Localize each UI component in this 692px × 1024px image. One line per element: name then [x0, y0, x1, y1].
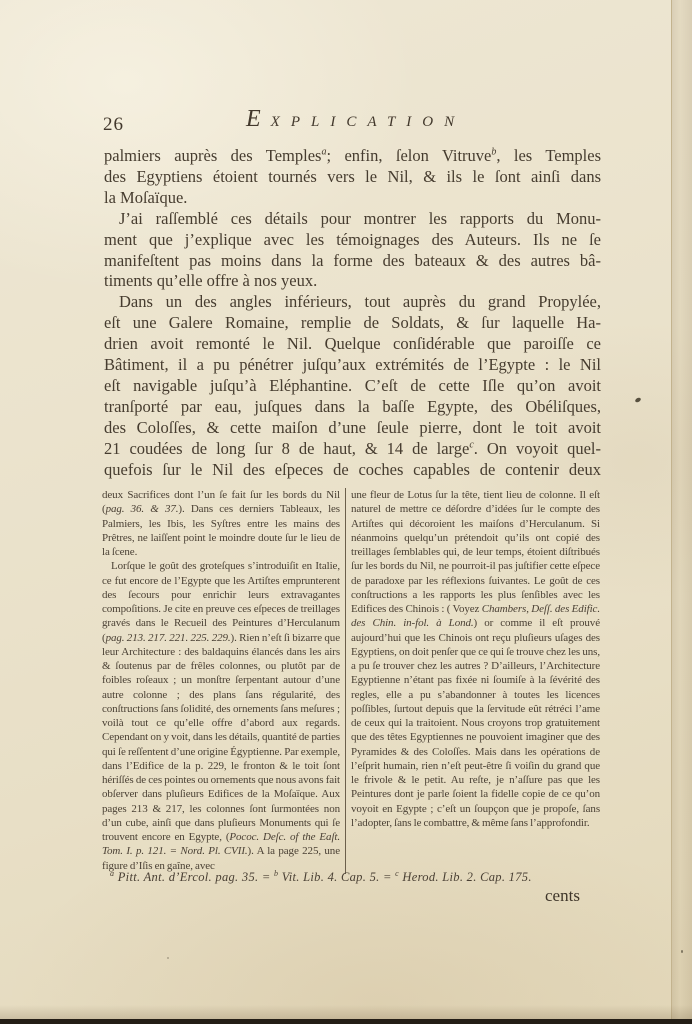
- main-text: palmiers auprès des Templesa; enfin, ſel…: [104, 146, 601, 481]
- main-text-line: tranſporté par eau, juſques dans la baſſ…: [104, 397, 601, 418]
- ink-speck: [634, 397, 641, 403]
- footnote-paragraph: Lorſque le goût des groteſques s’introdu…: [102, 559, 340, 873]
- main-text-line: Bâtiment, il a pu pénétrer juſqu’aux ext…: [104, 355, 601, 376]
- main-text-line: eſt une Galere Romaine, remplie de Solda…: [104, 313, 601, 334]
- page-number: 26: [103, 114, 124, 136]
- footnote-column-left: deux Sacrifices dont l’un ſe fait ſur le…: [102, 488, 345, 874]
- main-text-line: des Egyptiens étoient tournés vers le Ni…: [104, 167, 601, 188]
- main-text-line: drien avoit remonté le Nil. Quelque conſ…: [104, 334, 601, 355]
- scan-bottom-border: [0, 1019, 692, 1024]
- ink-speck: [167, 957, 169, 959]
- catchword: cents: [545, 886, 580, 906]
- main-text-line: quefois ſur le Nil des eſpeces de coches…: [104, 460, 601, 481]
- main-text-line: J’ai raſſemblé ces détails pour montrer …: [104, 209, 601, 230]
- main-text-line: 21 coudées de long ſur 8 de haut, & 14 d…: [104, 439, 601, 460]
- main-text-line: la Moſaïque.: [104, 188, 601, 209]
- ink-speck: [681, 950, 683, 953]
- book-page-scan: { "page": { "number": "26", "header_init…: [0, 0, 692, 1024]
- running-header-initial: E: [246, 106, 271, 132]
- main-text-line: manifeſtent pas moins dans la forme des …: [104, 251, 601, 272]
- page-right-edge: [671, 0, 692, 1024]
- footnotes: deux Sacrifices dont l’un ſe fait ſur le…: [102, 488, 600, 874]
- footnote-column-right: une fleur de Lotus ſur la tête, tient li…: [345, 488, 600, 874]
- main-text-line: palmiers auprès des Templesa; enfin, ſel…: [104, 146, 601, 167]
- running-header-rest: XPLICATION: [271, 114, 465, 130]
- footnote-paragraph: une fleur de Lotus ſur la tête, tient li…: [351, 488, 600, 830]
- main-text-line: ment que j’explique avec les témoignages…: [104, 230, 601, 251]
- main-text-line: timents qu’elle offre à nos yeux.: [104, 271, 601, 292]
- main-text-line: eſt navigable juſqu’à Eléphantine. C’eſt…: [104, 376, 601, 397]
- footnote-paragraph: deux Sacrifices dont l’un ſe fait ſur le…: [102, 488, 340, 559]
- page-bottom-shadow: [0, 1005, 692, 1019]
- main-text-line: des Coloſſes, & cette maiſon d’une ſeule…: [104, 418, 601, 439]
- main-text-line: Dans un des angles inférieurs, tout aupr…: [104, 292, 601, 313]
- bottom-reference-line: a Pitt. Ant. d’Ercol. pag. 35. = b Vit. …: [110, 870, 600, 885]
- running-header: EXPLICATION: [246, 106, 465, 133]
